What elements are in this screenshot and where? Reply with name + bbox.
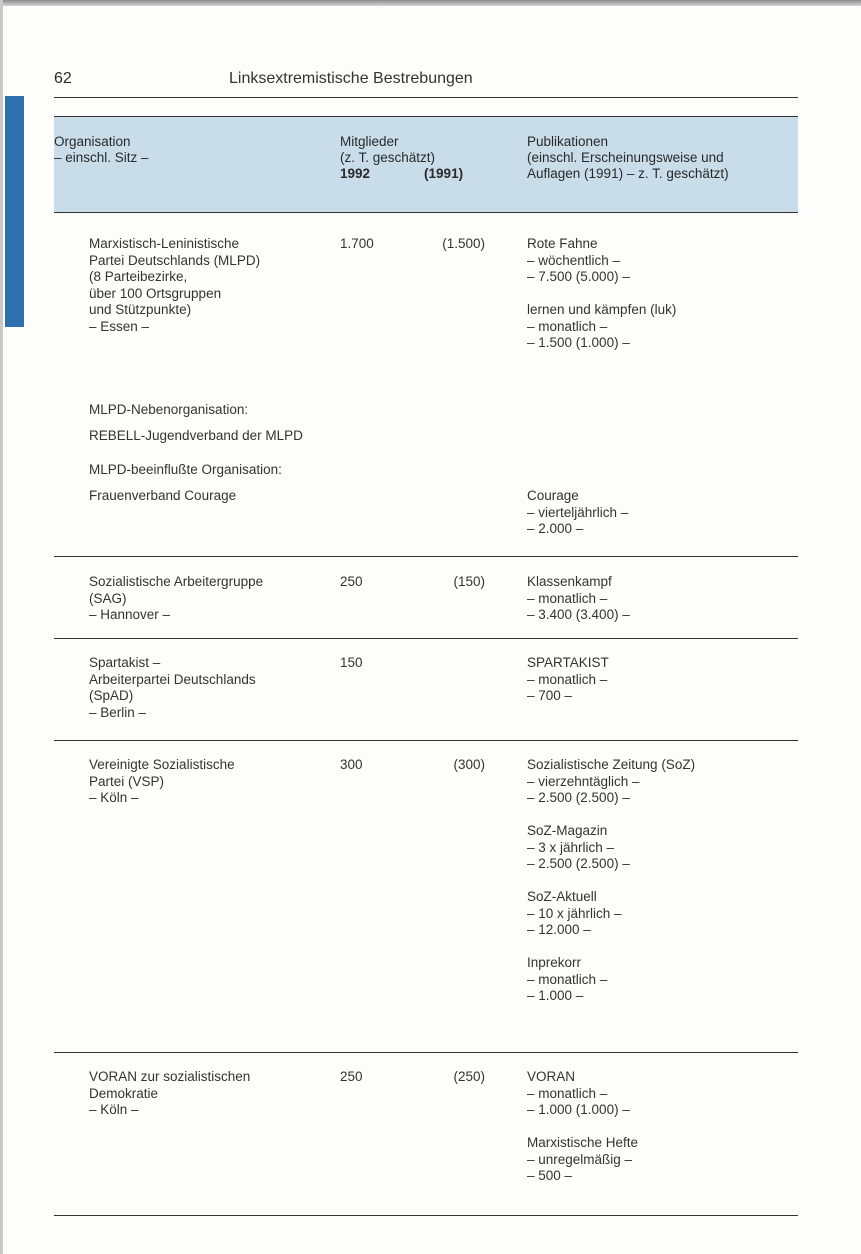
organisation-line: – Berlin – <box>89 705 256 722</box>
members-1991: (150) <box>453 574 485 591</box>
publications-cell: VORAN– monatlich –– 1.000 (1.000) –Marxi… <box>527 1069 638 1201</box>
publication-entry: Sozialistische Zeitung (SoZ)– vierzehntä… <box>527 757 695 807</box>
publication-line: – 10 x jährlich – <box>527 906 695 923</box>
header-publications-line: (einschl. Erscheinungsweise und <box>527 150 729 166</box>
scan-edge-top <box>0 0 861 6</box>
publication-line: – 1.000 (1.000) – <box>527 1102 638 1119</box>
row-separator-rule <box>54 740 798 741</box>
page-number: 62 <box>54 70 72 88</box>
publication-line: – unregelmäßig – <box>527 1152 638 1169</box>
organisation-line: Marxistisch-Leninistische <box>89 236 260 253</box>
row-separator-rule <box>54 1052 798 1053</box>
organisation-line: über 100 Ortsgruppen <box>89 286 260 303</box>
publication-line: Sozialistische Zeitung (SoZ) <box>527 757 695 774</box>
publications-cell: Klassenkampf– monatlich –– 3.400 (3.400)… <box>527 574 630 640</box>
publication-entry: Rote Fahne– wöchentlich –– 7.500 (5.000)… <box>527 236 676 286</box>
header-year-1991: (1991) <box>424 166 463 181</box>
organisation-line: Sozialistische Arbeitergruppe <box>89 574 263 591</box>
publication-line: VORAN <box>527 1069 638 1086</box>
publication-entry: SoZ-Aktuell– 10 x jährlich –– 12.000 – <box>527 889 695 939</box>
header-members-line: Mitglieder <box>340 134 463 150</box>
publication-line: Courage <box>527 488 628 505</box>
publication-line: – monatlich – <box>527 672 609 689</box>
organisation-cell: VORAN zur sozialistischenDemokratie– Köl… <box>89 1069 250 1119</box>
members-1992: 300 <box>340 757 363 774</box>
publication-line: SoZ-Magazin <box>527 823 695 840</box>
publications-cell: Rote Fahne– wöchentlich –– 7.500 (5.000)… <box>527 236 676 368</box>
organisation-cell: Sozialistische Arbeitergruppe(SAG)– Hann… <box>89 574 263 624</box>
publication-line: – 12.000 – <box>527 922 695 939</box>
row-separator-rule <box>54 638 798 639</box>
publication-line: – 1.000 – <box>527 988 695 1005</box>
sub-section-label: MLPD-beeinflußte Organisation: <box>89 462 282 477</box>
members-1992: 1.700 <box>340 236 374 253</box>
running-title: Linksextremistische Bestrebungen <box>229 70 473 88</box>
organisation-line: (SAG) <box>89 591 263 608</box>
publication-line: Inprekorr <box>527 955 695 972</box>
publication-line: lernen und kämpfen (luk) <box>527 302 676 319</box>
publication-line: – monatlich – <box>527 1086 638 1103</box>
publication-entry: lernen und kämpfen (luk)– monatlich –– 1… <box>527 302 676 352</box>
header-members: Mitglieder (z. T. geschätzt) 1992(1991) <box>340 134 463 182</box>
organisation-line: Spartakist – <box>89 655 256 672</box>
publication-line: – vierteljährlich – <box>527 505 628 522</box>
organisation-cell: Vereinigte SozialistischePartei (VSP)– K… <box>89 757 235 807</box>
sub-section-publication: Courage– vierteljährlich –– 2.000 – <box>527 488 628 538</box>
publication-line: – monatlich – <box>527 591 630 608</box>
organisation-line: – Hannover – <box>89 607 263 624</box>
publication-entry: Klassenkampf– monatlich –– 3.400 (3.400)… <box>527 574 630 624</box>
publication-line: – monatlich – <box>527 972 695 989</box>
publication-line: – 3.400 (3.400) – <box>527 607 630 624</box>
members-1991: (1.500) <box>442 236 485 253</box>
members-1992: 250 <box>340 574 363 591</box>
publication-line: – vierzehntäglich – <box>527 774 695 791</box>
row-separator-rule <box>54 556 798 557</box>
sub-section-label: MLPD-Nebenorganisation: <box>89 402 248 417</box>
organisation-line: Arbeiterpartei Deutschlands <box>89 672 256 689</box>
chapter-thumb-tab <box>5 96 24 327</box>
publication-line: – 2.000 – <box>527 521 628 538</box>
publications-cell: Sozialistische Zeitung (SoZ)– vierzehntä… <box>527 757 695 1021</box>
organisation-cell: Marxistisch-LeninistischePartei Deutschl… <box>89 236 260 335</box>
members-1991: (250) <box>453 1069 485 1086</box>
members-1992: 150 <box>340 655 363 672</box>
publication-line: – 700 – <box>527 688 609 705</box>
organisation-line: (8 Parteibezirke, <box>89 269 260 286</box>
header-organisation-line: Organisation <box>54 134 149 150</box>
publication-entry: SPARTAKIST– monatlich –– 700 – <box>527 655 609 705</box>
publication-line: – monatlich – <box>527 319 676 336</box>
publication-entry: SoZ-Magazin– 3 x jährlich –– 2.500 (2.50… <box>527 823 695 873</box>
sub-section-organisation: Frauenverband Courage <box>89 488 236 503</box>
header-year-1992: 1992 <box>340 166 370 181</box>
publication-line: – 1.500 (1.000) – <box>527 335 676 352</box>
organisation-cell: Spartakist –Arbeiterpartei Deutschlands(… <box>89 655 256 721</box>
publication-line: SoZ-Aktuell <box>527 889 695 906</box>
publication-line: – 7.500 (5.000) – <box>527 269 676 286</box>
organisation-line: – Essen – <box>89 319 260 336</box>
organisation-line: Partei Deutschlands (MLPD) <box>89 253 260 270</box>
table-header: Organisation – einschl. Sitz – Mitgliede… <box>54 117 798 212</box>
publication-line: – 2.500 (2.500) – <box>527 790 695 807</box>
publication-entry: VORAN– monatlich –– 1.000 (1.000) – <box>527 1069 638 1119</box>
organisation-line: VORAN zur sozialistischen <box>89 1069 250 1086</box>
header-publications-line: Auflagen (1991) – z. T. geschätzt) <box>527 166 729 182</box>
publication-line: – wöchentlich – <box>527 253 676 270</box>
row-separator-rule <box>54 1215 798 1216</box>
organisation-line: Vereinigte Sozialistische <box>89 757 235 774</box>
organisation-line: Demokratie <box>89 1086 250 1103</box>
publication-line: Klassenkampf <box>527 574 630 591</box>
members-1991: (300) <box>453 757 485 774</box>
publication-line: Rote Fahne <box>527 236 676 253</box>
organisation-line: (SpAD) <box>89 688 256 705</box>
members-1992: 250 <box>340 1069 363 1086</box>
publication-entry: Inprekorr– monatlich –– 1.000 – <box>527 955 695 1005</box>
organisation-line: – Köln – <box>89 1102 250 1119</box>
publications-cell: SPARTAKIST– monatlich –– 700 – <box>527 655 609 721</box>
organisation-line: und Stützpunkte) <box>89 302 260 319</box>
table-header-bottom-rule <box>54 212 798 213</box>
organisation-line: Partei (VSP) <box>89 774 235 791</box>
header-members-line: (z. T. geschätzt) <box>340 150 463 166</box>
scan-edge-left <box>0 0 3 1254</box>
publication-line: – 500 – <box>527 1168 638 1185</box>
header-publications: Publikationen (einschl. Erscheinungsweis… <box>527 134 729 182</box>
publication-line: – 3 x jährlich – <box>527 840 695 857</box>
sub-section-organisation: REBELL-Jugendverband der MLPD <box>89 428 303 443</box>
header-organisation: Organisation – einschl. Sitz – <box>54 134 149 166</box>
organisation-line: – Köln – <box>89 790 235 807</box>
header-organisation-line: – einschl. Sitz – <box>54 150 149 166</box>
publication-line: Marxistische Hefte <box>527 1135 638 1152</box>
header-rule <box>54 97 798 98</box>
publication-line: SPARTAKIST <box>527 655 609 672</box>
publication-entry: Marxistische Hefte– unregelmäßig –– 500 … <box>527 1135 638 1185</box>
publication-line: – 2.500 (2.500) – <box>527 856 695 873</box>
header-years: 1992(1991) <box>340 166 463 182</box>
header-publications-line: Publikationen <box>527 134 729 150</box>
